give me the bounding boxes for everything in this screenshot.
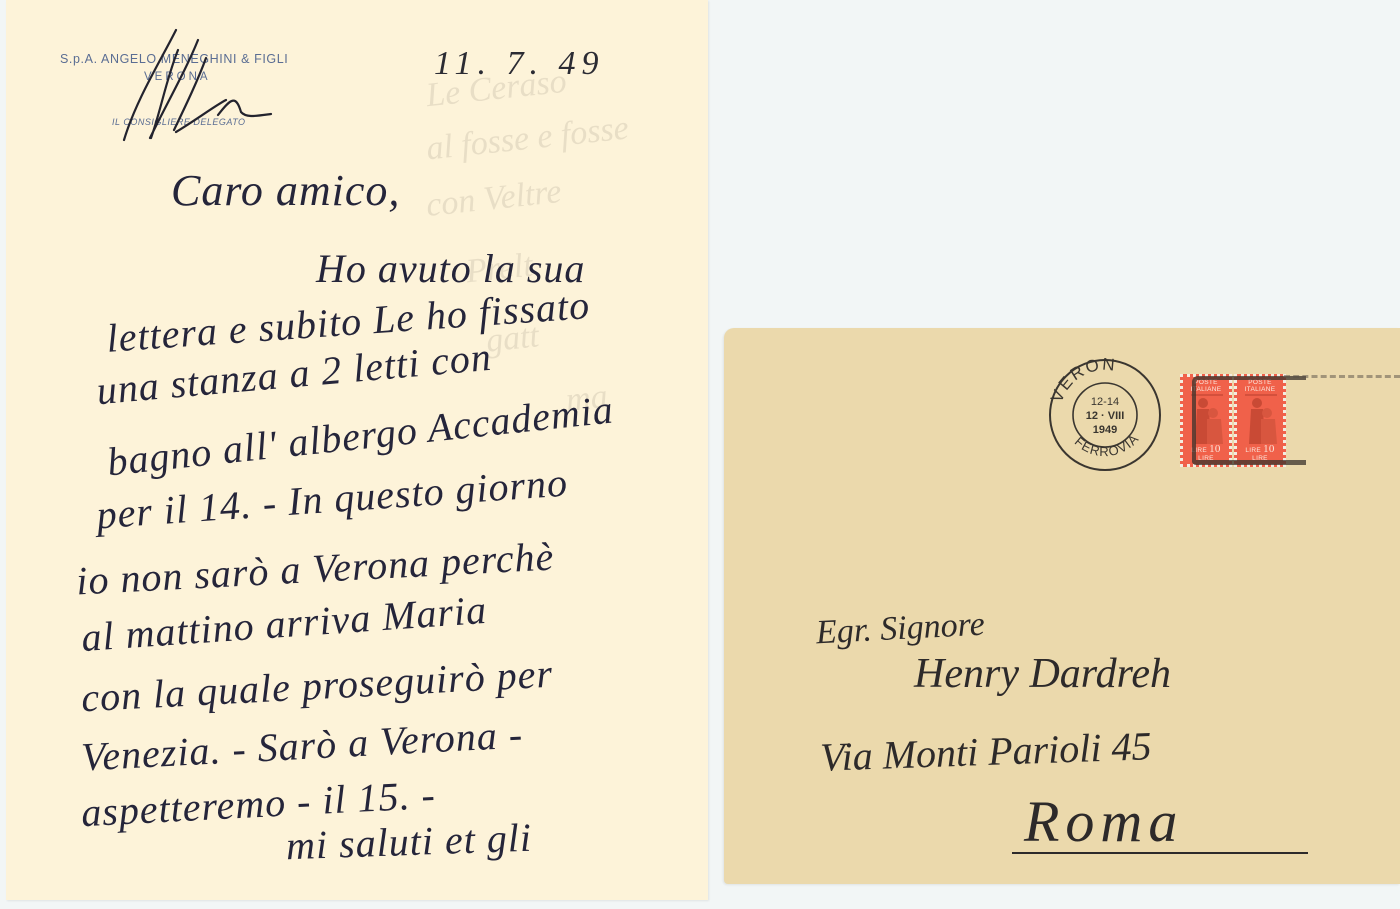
signature-icon: [106, 20, 286, 150]
svg-text:12-14: 12-14: [1091, 396, 1119, 408]
bleed-through-text: con Veltre: [424, 173, 563, 225]
letter-sheet: Le Ceraso al fosse e fosse con Veltre Pr…: [6, 0, 708, 900]
bleed-through-text: al fosse e fosse: [425, 109, 631, 168]
salutation: Caro amico,: [171, 165, 400, 216]
cancellation-line: [1284, 375, 1400, 378]
address-salutation: Egr. Signore: [815, 606, 986, 653]
cancellation-mark: [1192, 376, 1306, 465]
postmark-icon: VERON FERROVIA 12-14 12 · VIII 1949: [1046, 356, 1164, 474]
address-city: Roma: [1024, 788, 1183, 855]
address-name: Henry Dardreh: [914, 650, 1171, 698]
body-line: mi saluti et gli: [285, 814, 532, 870]
letter-date: 11. 7. 49: [434, 45, 604, 83]
svg-text:12 · VIII: 12 · VIII: [1086, 410, 1125, 422]
city-underline: [1012, 852, 1308, 854]
body-line: Venezia. - Sarò a Verona -: [80, 710, 524, 780]
envelope: VERON FERROVIA 12-14 12 · VIII 1949 POST…: [724, 328, 1400, 884]
address-street: Via Monti Parioli 45: [819, 722, 1152, 781]
svg-text:1949: 1949: [1093, 424, 1117, 436]
body-line: con la quale proseguirò per: [80, 650, 554, 722]
